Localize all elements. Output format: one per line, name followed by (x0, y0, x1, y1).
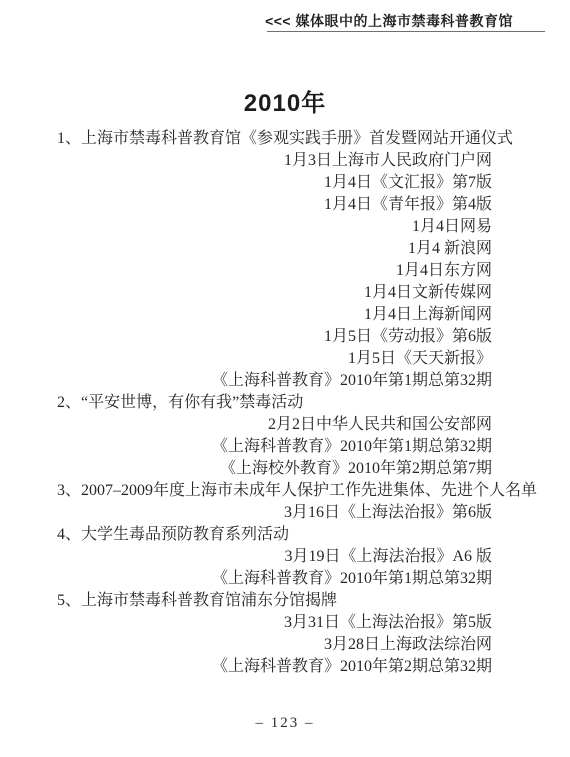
page-number: – 123 – (0, 715, 570, 732)
citation-line: 1月4日上海新闻网 (57, 304, 492, 326)
citation-line: 1月4日《文汇报》第7版 (57, 172, 492, 194)
citation-line: 1月4 新浪网 (57, 238, 492, 260)
citation-line: 1月5日《天天新报》 (57, 348, 492, 370)
citation-line: 3月16日《上海法治报》第6版 (57, 502, 492, 524)
citation-line: 1月3日上海市人民政府门户网 (57, 150, 492, 172)
citation-line: 《上海科普教育》2010年第1期总第32期 (57, 370, 492, 392)
header-rule (267, 31, 545, 32)
entry-list: 1、上海市禁毒科普教育馆《参观实践手册》首发暨网站开通仪式1月3日上海市人民政府… (57, 128, 492, 678)
entry: 2、“平安世博，有你有我”禁毒活动2月2日中华人民共和国公安部网《上海科普教育》… (57, 392, 492, 480)
entry-title: 4、大学生毒品预防教育系列活动 (57, 524, 492, 546)
citation-line: 1月5日《劳动报》第6版 (57, 326, 492, 348)
entry-title: 5、上海市禁毒科普教育馆浦东分馆揭牌 (57, 590, 492, 612)
book-page: <<< 媒体眼中的上海市禁毒科普教育馆 2010年 1、上海市禁毒科普教育馆《参… (0, 0, 570, 757)
citation-line: 《上海科普教育》2010年第1期总第32期 (57, 568, 492, 590)
entry: 3、2007–2009年度上海市未成年人保护工作先进集体、先进个人名单3月16日… (57, 480, 492, 524)
citation-line: 《上海科普教育》2010年第2期总第32期 (57, 656, 492, 678)
citation-line: 3月31日《上海法治报》第5版 (57, 612, 492, 634)
citation-line: 《上海校外教育》2010年第2期总第7期 (57, 458, 492, 480)
entry: 5、上海市禁毒科普教育馆浦东分馆揭牌3月31日《上海法治报》第5版3月28日上海… (57, 590, 492, 678)
entry: 4、大学生毒品预防教育系列活动3月19日《上海法治报》A6 版《上海科普教育》2… (57, 524, 492, 590)
citation-line: 1月4日网易 (57, 216, 492, 238)
entry-title: 2、“平安世博，有你有我”禁毒活动 (57, 392, 492, 414)
citation-line: 1月4日文新传媒网 (57, 282, 492, 304)
citation-line: 2月2日中华人民共和国公安部网 (57, 414, 492, 436)
citation-line: 《上海科普教育》2010年第1期总第32期 (57, 436, 492, 458)
entry-title: 3、2007–2009年度上海市未成年人保护工作先进集体、先进个人名单 (57, 480, 492, 502)
citation-line: 1月4日《青年报》第4版 (57, 194, 492, 216)
running-header: <<< 媒体眼中的上海市禁毒科普教育馆 (265, 11, 513, 31)
page-title: 2010年 (0, 83, 570, 118)
citation-line: 3月19日《上海法治报》A6 版 (57, 546, 492, 568)
citation-line: 1月4日东方网 (57, 260, 492, 282)
entry-title: 1、上海市禁毒科普教育馆《参观实践手册》首发暨网站开通仪式 (57, 128, 492, 150)
citation-line: 3月28日上海政法综治网 (57, 634, 492, 656)
entry: 1、上海市禁毒科普教育馆《参观实践手册》首发暨网站开通仪式1月3日上海市人民政府… (57, 128, 492, 392)
